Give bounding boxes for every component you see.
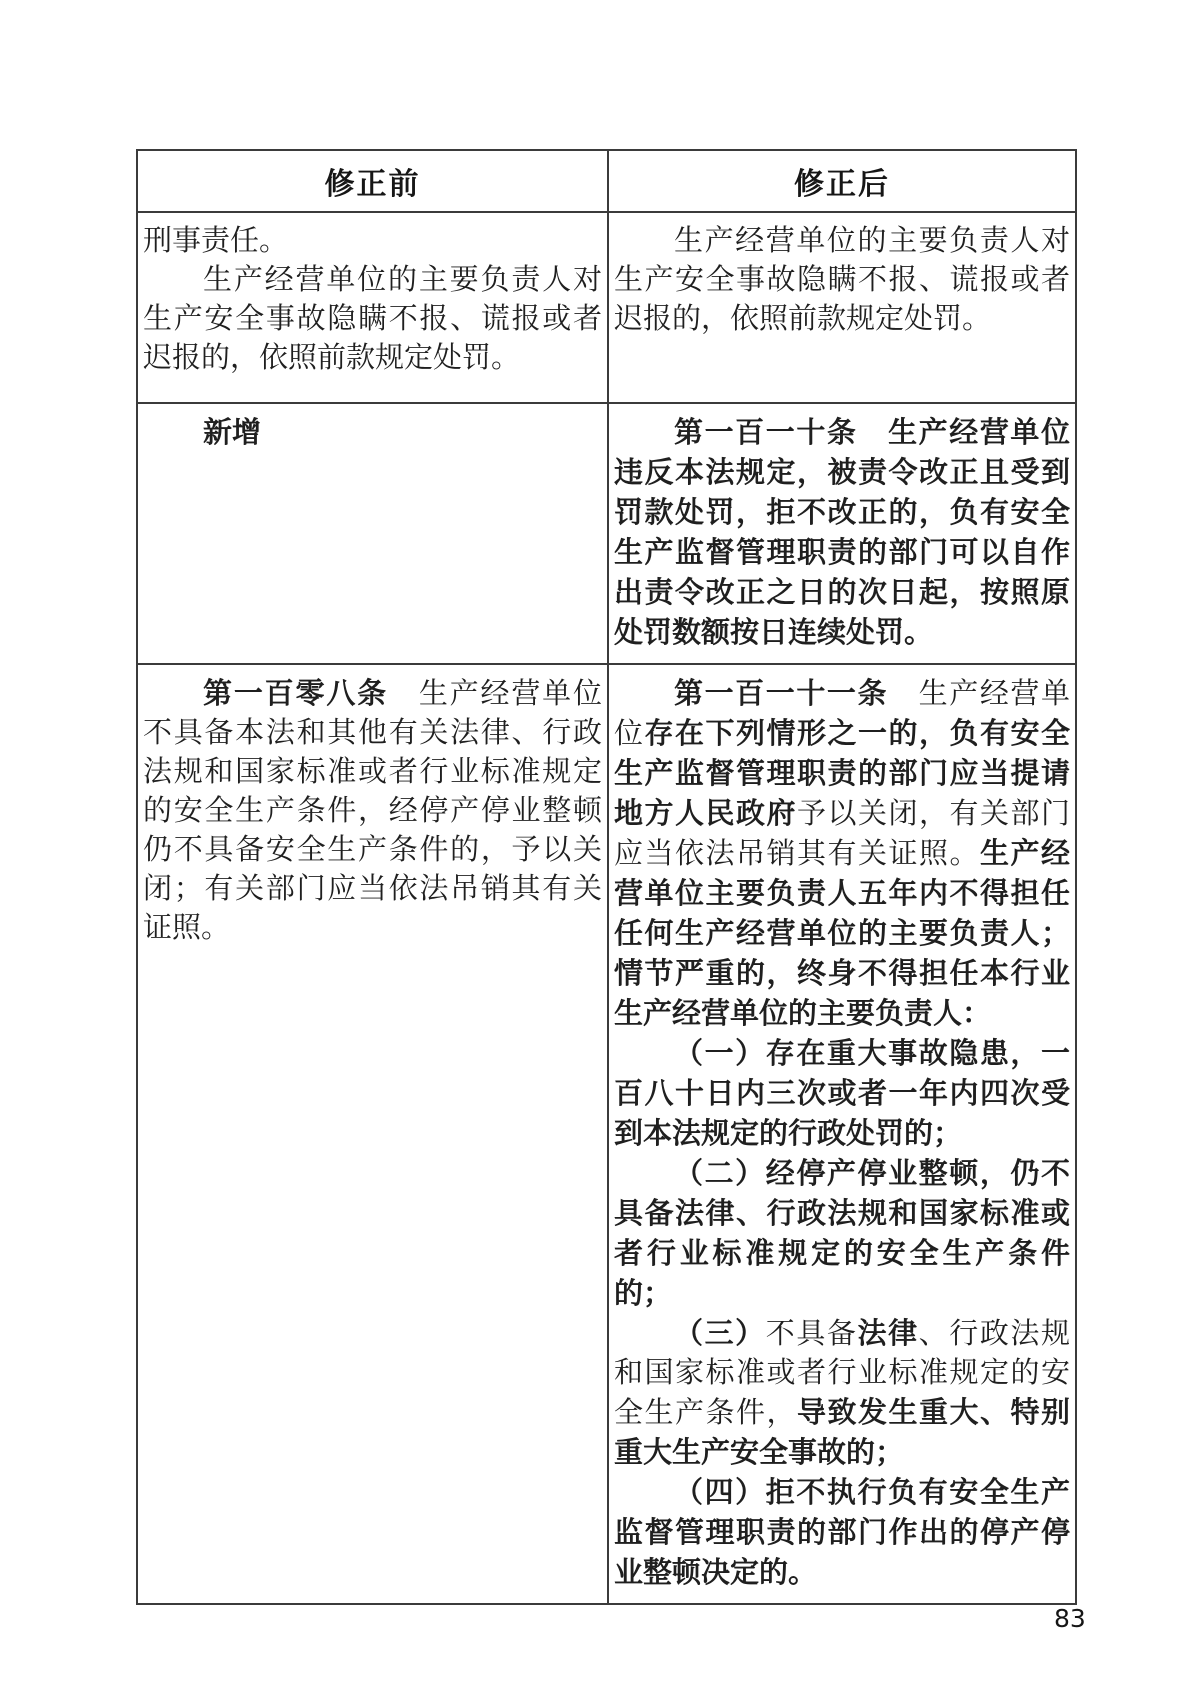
column-header-after: 修正后 — [608, 150, 1076, 212]
paragraph: 第一百零八条 生产经营单位不具备本法和其他有关法律、行政法规和国家标准或者行业标… — [143, 674, 602, 948]
amended-text: 第一百一十条 — [674, 415, 857, 449]
amended-text: 新增 — [203, 415, 261, 449]
paragraph: （一）存在重大事故隐患，一百八十日内三次或者一年内四次受到本法规定的行政处罚的； — [614, 1034, 1070, 1154]
amended-text: （一）存在重大事故隐患，一百八十日内三次或者一年内四次受到本法规定的行政处罚的； — [614, 1036, 1070, 1150]
paragraph: 生产经营单位的主要负责人对生产安全事故隐瞒不报、谎报或者迟报的，依照前款规定处罚… — [614, 222, 1070, 339]
page-number: 83 — [1054, 1604, 1086, 1633]
cell-after: 第一百一十条 生产经营单位违反本法规定，被责令改正且受到罚款处罚，拒不改正的，负… — [608, 403, 1076, 664]
amended-text: （三） — [674, 1316, 766, 1350]
amendment-comparison-table: 修正前 修正后 刑事责任。生产经营单位的主要负责人对生产安全事故隐瞒不报、谎报或… — [136, 149, 1077, 1605]
document-page: 修正前 修正后 刑事责任。生产经营单位的主要负责人对生产安全事故隐瞒不报、谎报或… — [0, 0, 1190, 1683]
amended-text: 生产经营单位违反本法规定，被责令改正且受到罚款处罚，拒不改正的，负有安全生产监督… — [614, 415, 1070, 649]
amended-text: 第一百零八条 — [203, 676, 388, 710]
body-text: 生产经营单位不具备本法和其他有关法律、行政法规和国家标准或者行业标准规定的安全生… — [143, 678, 602, 944]
amended-text: （二）经停产停业整顿，仍不具备法律、行政法规和国家标准或者行业标准规定的安全生产… — [614, 1156, 1070, 1310]
cell-before: 第一百零八条 生产经营单位不具备本法和其他有关法律、行政法规和国家标准或者行业标… — [137, 664, 608, 1604]
paragraph: 生产经营单位的主要负责人对生产安全事故隐瞒不报、谎报或者迟报的，依照前款规定处罚… — [143, 261, 602, 378]
paragraph: （四）拒不执行负有安全生产监督管理职责的部门作出的停产停业整顿决定的。 — [614, 1473, 1070, 1593]
paragraph: 新增 — [143, 413, 602, 453]
cell-after: 生产经营单位的主要负责人对生产安全事故隐瞒不报、谎报或者迟报的，依照前款规定处罚… — [608, 212, 1076, 403]
cell-before: 刑事责任。生产经营单位的主要负责人对生产安全事故隐瞒不报、谎报或者迟报的，依照前… — [137, 212, 608, 403]
amended-text: 第一百一十一条 — [674, 676, 888, 710]
body-text: 生产经营单位的主要负责人对生产安全事故隐瞒不报、谎报或者迟报的，依照前款规定处罚… — [614, 225, 1070, 335]
paragraph: （二）经停产停业整顿，仍不具备法律、行政法规和国家标准或者行业标准规定的安全生产… — [614, 1154, 1070, 1314]
cell-after: 第一百一十一条 生产经营单位存在下列情形之一的，负有安全生产监督管理职责的部门应… — [608, 664, 1076, 1604]
paragraph: 刑事责任。 — [143, 222, 602, 261]
amended-text: （四）拒不执行负有安全生产监督管理职责的部门作出的停产停业整顿决定的。 — [614, 1475, 1070, 1589]
cell-before: 新增 — [137, 403, 608, 664]
column-header-before: 修正前 — [137, 150, 608, 212]
table-row: 第一百零八条 生产经营单位不具备本法和其他有关法律、行政法规和国家标准或者行业标… — [137, 664, 1076, 1604]
paragraph: 第一百一十条 生产经营单位违反本法规定，被责令改正且受到罚款处罚，拒不改正的，负… — [614, 413, 1070, 653]
paragraph: （三）不具备法律、行政法规和国家标准或者行业标准规定的安全生产条件，导致发生重大… — [614, 1314, 1070, 1473]
amended-text: 法律 — [858, 1316, 919, 1350]
table-row: 刑事责任。生产经营单位的主要负责人对生产安全事故隐瞒不报、谎报或者迟报的，依照前… — [137, 212, 1076, 403]
paragraph: 第一百一十一条 生产经营单位存在下列情形之一的，负有安全生产监督管理职责的部门应… — [614, 674, 1070, 1034]
table-row: 新增第一百一十条 生产经营单位违反本法规定，被责令改正且受到罚款处罚，拒不改正的… — [137, 403, 1076, 664]
amended-text — [857, 415, 888, 449]
body-text: 不具备 — [766, 1318, 858, 1350]
body-text: 刑事责任。 — [143, 225, 288, 257]
body-text: 生产经营单位的主要负责人对生产安全事故隐瞒不报、谎报或者迟报的，依照前款规定处罚… — [143, 264, 602, 374]
table-header-row: 修正前 修正后 — [137, 150, 1076, 212]
